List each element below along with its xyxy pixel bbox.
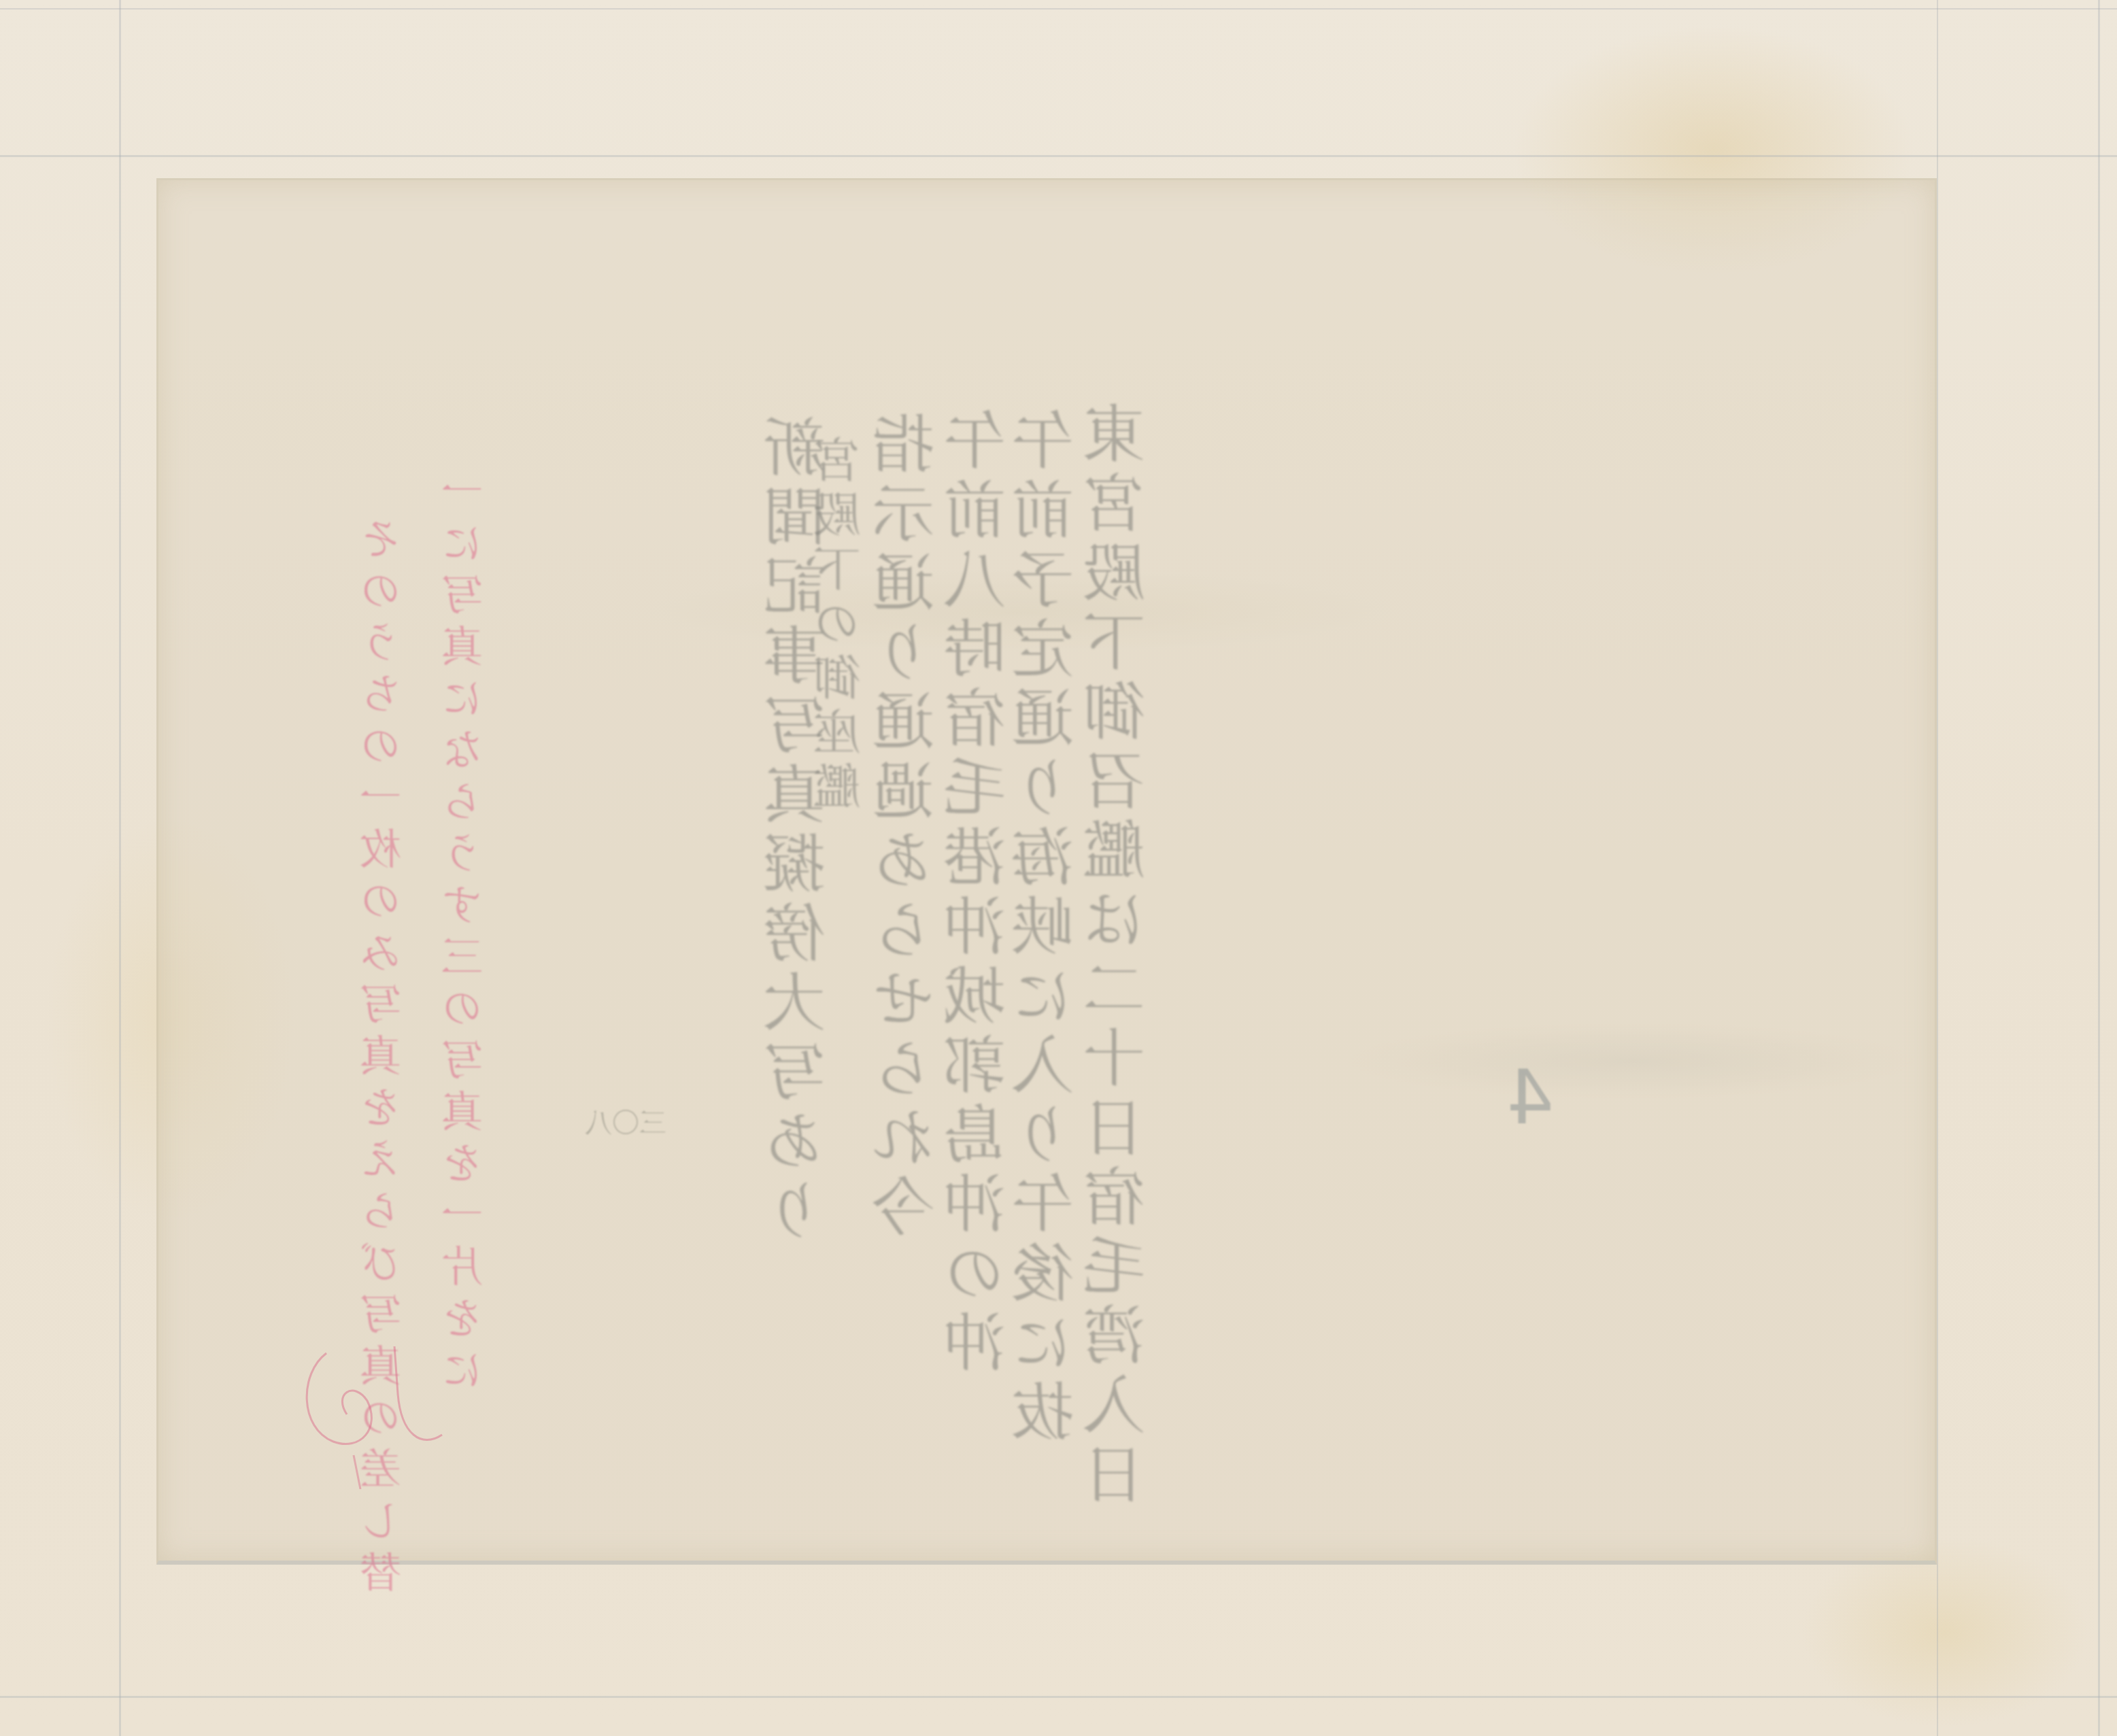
frame-line-bottom (0, 1696, 2117, 1698)
pink-signature-mark (286, 1333, 449, 1489)
frame-line-top (0, 155, 2117, 157)
frame-line-left (119, 0, 121, 1736)
frame-line-top-edge (0, 8, 2117, 10)
margin-number-note: 三〇八 (585, 1102, 666, 1140)
main-text-column-6: 新聞記事写真擬傍大写あり (755, 415, 845, 1247)
main-text-column-4: 指示通り通過あらせられ今 (864, 411, 953, 1244)
frame-line-right-inner (1937, 0, 1938, 1736)
frame-line-right (2098, 0, 2100, 1736)
pink-note-column-1: 一に写真にならうす三の写真を一片をに (435, 469, 496, 1399)
corner-number-mark: 4 (1506, 1054, 1554, 1141)
